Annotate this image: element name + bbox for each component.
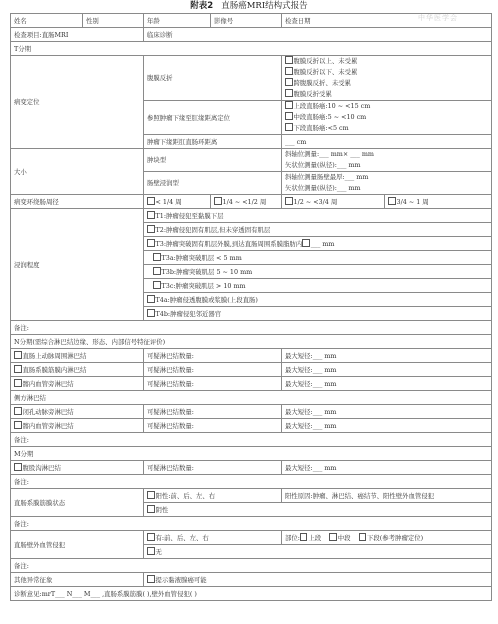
peritoneal-label: 腹膜反折 (144, 56, 282, 101)
checkbox-icon[interactable] (285, 197, 293, 205)
checkbox-icon[interactable] (14, 351, 22, 359)
peritoneal-option[interactable]: 腹膜反折以上、未受累 (285, 56, 488, 67)
title-text: 直肠癌MRI结构式报告 (221, 1, 307, 11)
m-stage-title: M分期 (11, 447, 492, 461)
depth-option[interactable]: T3b:肿瘤突破肌层 5 ~ 10 mm (144, 265, 492, 279)
image-no-field[interactable]: 影像号 (211, 14, 282, 28)
checkbox-icon[interactable] (153, 267, 161, 275)
distance-option[interactable]: 中段直肠癌:5 ~ <10 cm (285, 112, 488, 123)
checkbox-icon[interactable] (147, 295, 155, 303)
infiltrative-sagittal-measure[interactable]: 矢状位测量(纵径):___ mm (285, 183, 488, 194)
clinical-dx-field[interactable]: 临床诊断 (144, 28, 492, 42)
report-title: 附表2直肠癌MRI结构式报告 (0, 0, 498, 12)
depth-option[interactable]: T1:肿瘤侵犯至黏膜下层 (144, 209, 492, 223)
distance-options: 上段直肠癌:10 ~ <15 cm 中段直肠癌:5 ~ <10 cm 下段直肠癌… (282, 101, 492, 135)
distance-label: 参照肿瘤下缘至肛缘距离定位 (144, 101, 282, 135)
depth-option[interactable]: T4b:肿瘤侵犯邻近器官 (144, 307, 492, 321)
checkbox-icon[interactable] (147, 547, 155, 555)
checkbox-icon[interactable] (302, 239, 310, 247)
infiltrative-axial-measure[interactable]: 斜轴位测量肠壁最厚:___ mm (285, 172, 488, 183)
depth-option[interactable]: T3c:肿瘤突破肌层 > 10 mm (144, 279, 492, 293)
mass-axial-measure[interactable]: 斜轴位测量:___ mm× ___ mm (285, 149, 488, 160)
checkbox-icon[interactable] (285, 123, 293, 131)
age-field[interactable]: 年龄 (144, 14, 211, 28)
t-stage-note[interactable]: 备注: (11, 321, 492, 335)
checkbox-icon[interactable] (14, 421, 22, 429)
name-field[interactable]: 姓名 (11, 14, 83, 28)
emvi-note[interactable]: 备注: (11, 559, 492, 573)
checkbox-icon[interactable] (153, 281, 161, 289)
lateral-node-item[interactable]: 闭孔动脉旁淋巴结 (11, 405, 144, 419)
node-count[interactable]: 可疑淋巴结数量: (144, 419, 282, 433)
n-stage-title: N分期(需综合淋巴结边缘、形态、内部信号特征评价) (11, 335, 492, 349)
checkbox-icon[interactable] (285, 101, 293, 109)
checkbox-icon[interactable] (285, 67, 293, 75)
checkbox-icon[interactable] (147, 225, 155, 233)
lateral-node-item[interactable]: 髂内血管旁淋巴结 (11, 419, 144, 433)
checkbox-icon[interactable] (285, 78, 293, 86)
distance-option[interactable]: 下段直肠癌:<5 cm (285, 123, 488, 134)
checkbox-icon[interactable] (147, 197, 155, 205)
arc-distance-label: 肿瘤下缘距肛直肠环距离 (144, 135, 282, 149)
checkbox-icon[interactable] (14, 407, 22, 415)
checkbox-icon[interactable] (147, 505, 155, 513)
node-count[interactable]: 可疑淋巴结数量: (144, 377, 282, 391)
n-stage-note[interactable]: 备注: (11, 433, 492, 447)
emvi-label: 直肠壁外血管侵犯 (11, 531, 144, 559)
distance-option[interactable]: 上段直肠癌:10 ~ <15 cm (285, 101, 488, 112)
emvi-yes-option[interactable]: 有:前、后、左、右 (144, 531, 282, 545)
checkbox-icon[interactable] (147, 239, 155, 247)
checkbox-icon[interactable] (214, 197, 222, 205)
exam-date-field[interactable]: 检查日期 (282, 14, 492, 28)
checkbox-icon[interactable] (285, 56, 293, 64)
circumference-option[interactable]: 3/4 ~ 1 周 (385, 195, 492, 209)
peritoneal-option[interactable]: 腹膜反折以下、未受累 (285, 67, 488, 78)
mrf-positive-option[interactable]: 阳性:前、后、左、右 (144, 489, 282, 503)
depth-label: 浸润程度 (11, 209, 144, 321)
node-count[interactable]: 可疑淋巴结数量: (144, 349, 282, 363)
checkbox-icon[interactable] (388, 197, 396, 205)
mass-sagittal-measure[interactable]: 矢状位测量(纵径):___ mm (285, 160, 488, 171)
checkbox-icon[interactable] (147, 491, 155, 499)
mrf-label: 直肠系膜筋膜状态 (11, 489, 144, 517)
diagnosis-conclusion[interactable]: 诊断意见:mrT___ N___ M___ ,直肠系膜筋膜( ),壁外血管侵犯(… (11, 587, 492, 601)
checkbox-icon[interactable] (147, 309, 155, 317)
t-stage-title: T分期 (11, 42, 492, 56)
node-diameter[interactable]: 最大短径:___ mm (282, 419, 492, 433)
depth-option[interactable]: T3:肿瘤突破固有肌层外膜,到达直肠周围系膜脂肪内___ mm (144, 237, 492, 251)
node-item[interactable]: 直肠系膜筋膜内淋巴结 (11, 363, 144, 377)
checkbox-icon[interactable] (14, 379, 22, 387)
lateral-nodes-title: 侧方淋巴结 (11, 391, 492, 405)
node-diameter[interactable]: 最大短径:___ mm (282, 377, 492, 391)
mrf-positive-reason: 阳性原因:肿瘤、淋巴结、癌结节、阳性壁外血管侵犯 (282, 489, 492, 503)
node-count[interactable]: 可疑淋巴结数量: (144, 461, 282, 475)
circumference-option[interactable]: 1/2 ~ <3/4 周 (282, 195, 385, 209)
mrf-note[interactable]: 备注: (11, 517, 492, 531)
mucinous-option[interactable]: 提示黏液腺癌可能 (144, 573, 492, 587)
node-count[interactable]: 可疑淋巴结数量: (144, 405, 282, 419)
peritoneal-options: 腹膜反折以上、未受累 腹膜反折以下、未受累 跨腹膜反折、未受累 腹膜反折受累 (282, 56, 492, 101)
node-item[interactable]: 直肠上动脉周围淋巴结 (11, 349, 144, 363)
m-stage-note[interactable]: 备注: (11, 475, 492, 489)
mass-type-label: 肿块型 (144, 149, 282, 172)
checkbox-icon[interactable] (153, 253, 161, 261)
checkbox-icon[interactable] (147, 211, 155, 219)
node-diameter[interactable]: 最大短径:___ mm (282, 363, 492, 377)
emvi-no-option[interactable]: 无 (144, 545, 492, 559)
other-findings-label: 其他异常征象 (11, 573, 144, 587)
checkbox-icon[interactable] (14, 463, 22, 471)
checkbox-icon[interactable] (285, 89, 293, 97)
node-diameter[interactable]: 最大短径:___ mm (282, 461, 492, 475)
node-diameter[interactable]: 最大短径:___ mm (282, 349, 492, 363)
circumference-option[interactable]: 1/4 ~ <1/2 周 (211, 195, 282, 209)
node-diameter[interactable]: 最大短径:___ mm (282, 405, 492, 419)
mrf-negative-option[interactable]: 阴性 (144, 503, 492, 517)
checkbox-icon[interactable] (359, 533, 367, 541)
title-label: 附表2 (190, 1, 213, 11)
t3-depth-mm[interactable]: ___ mm (311, 240, 335, 248)
peritoneal-option[interactable]: 跨腹膜反折、未受累 (285, 78, 488, 89)
checkbox-icon[interactable] (147, 533, 155, 541)
size-label: 大小 (11, 149, 144, 195)
exam-item-field: 检查项目:直肠MRI (11, 28, 144, 42)
emvi-site: 部位:上段中段下段(参考肿瘤定位) (282, 531, 492, 545)
depth-option[interactable]: T3a:肿瘤突破肌层 < 5 mm (144, 251, 492, 265)
node-count[interactable]: 可疑淋巴结数量: (144, 363, 282, 377)
circumference-label: 病变环绕肠周径 (11, 195, 144, 209)
depth-option[interactable]: T4a:肿瘤侵透腹膜或浆膜(上段直肠) (144, 293, 492, 307)
node-item[interactable]: 髂内血管旁淋巴结 (11, 377, 144, 391)
checkbox-icon[interactable] (147, 575, 155, 583)
infiltrative-measure: 斜轴位测量肠壁最厚:___ mm 矢状位测量(纵径):___ mm (282, 172, 492, 195)
infiltrative-type-label: 肠壁浸润型 (144, 172, 282, 195)
checkbox-icon[interactable] (285, 112, 293, 120)
checkbox-icon[interactable] (300, 533, 308, 541)
arc-distance-value[interactable]: ___ cm (282, 135, 492, 149)
location-label: 病变定位 (11, 56, 144, 149)
circumference-option[interactable]: < 1/4 周 (144, 195, 211, 209)
mass-measure: 斜轴位测量:___ mm× ___ mm 矢状位测量(纵径):___ mm (282, 149, 492, 172)
depth-option[interactable]: T2:肿瘤侵犯固有肌层,但未穿透固有肌层 (144, 223, 492, 237)
checkbox-icon[interactable] (14, 365, 22, 373)
sex-field[interactable]: 性别 (83, 14, 144, 28)
peritoneal-option[interactable]: 腹膜反折受累 (285, 89, 488, 100)
inguinal-node-item[interactable]: 腹股沟淋巴结 (11, 461, 144, 475)
mri-report-table: 姓名 性别 年龄 影像号 检查日期 检查项目:直肠MRI 临床诊断 T分期 病变… (10, 13, 492, 601)
checkbox-icon[interactable] (329, 533, 337, 541)
